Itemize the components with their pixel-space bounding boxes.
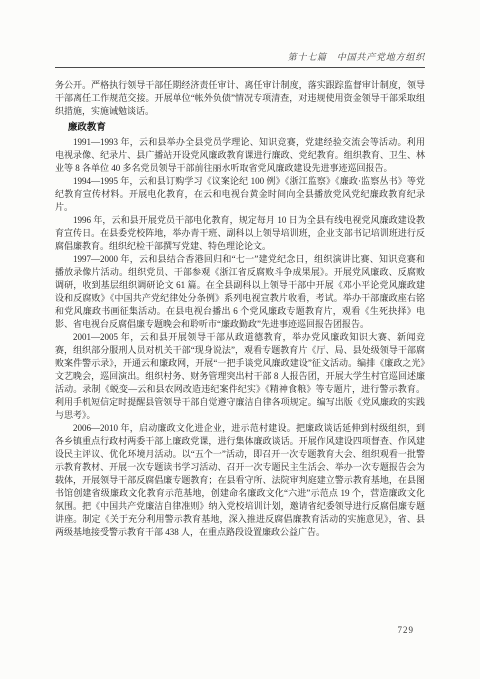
paragraph-1994: 1994—1995 年，云和县订购学习《议案论纪 100 例》《浙江监察》《廉政…	[55, 175, 425, 214]
page-number: 729	[398, 625, 415, 635]
section-heading: 廉政教育	[55, 121, 425, 134]
page-body: 务公开。严格执行领导干部任期经济责任审计、离任审计制度，落实跟踪监督审计制度，领…	[55, 79, 425, 539]
paragraph-1996: 1996 年，云和县开展党员干部电化教育，规定每月 10 日为全县有线电视党风廉…	[55, 214, 425, 253]
paragraph-2001: 2001—2005 年，云和县开展领导干部从政道德教育，举办党风廉政知识大赛、新…	[55, 331, 425, 422]
paragraph-continued: 务公开。严格执行领导干部任期经济责任审计、离任审计制度，落实跟踪监督审计制度，领…	[55, 79, 425, 118]
paragraph-2006: 2006—2010 年，启动廉政文化进企业，进示范村建设。把廉政谈话延伸到村级组…	[55, 422, 425, 539]
paragraph-1991: 1991—1993 年，云和县举办全县党员学理论、知识竞赛，党建经验交流会等活动…	[55, 136, 425, 175]
paragraph-1997: 1997—2000 年，云和县结合香港回归和“七一”建党纪念日，组织演讲比赛、知…	[55, 253, 425, 331]
header-rule	[55, 67, 425, 68]
chapter-title: 中国共产党地方组织	[337, 52, 425, 62]
running-header: 第十七篇中国共产党地方组织	[55, 50, 425, 63]
chapter-label: 第十七篇	[288, 52, 327, 62]
book-page: 第十七篇中国共产党地方组织 务公开。严格执行领导干部任期经济责任审计、离任审计制…	[0, 0, 480, 679]
